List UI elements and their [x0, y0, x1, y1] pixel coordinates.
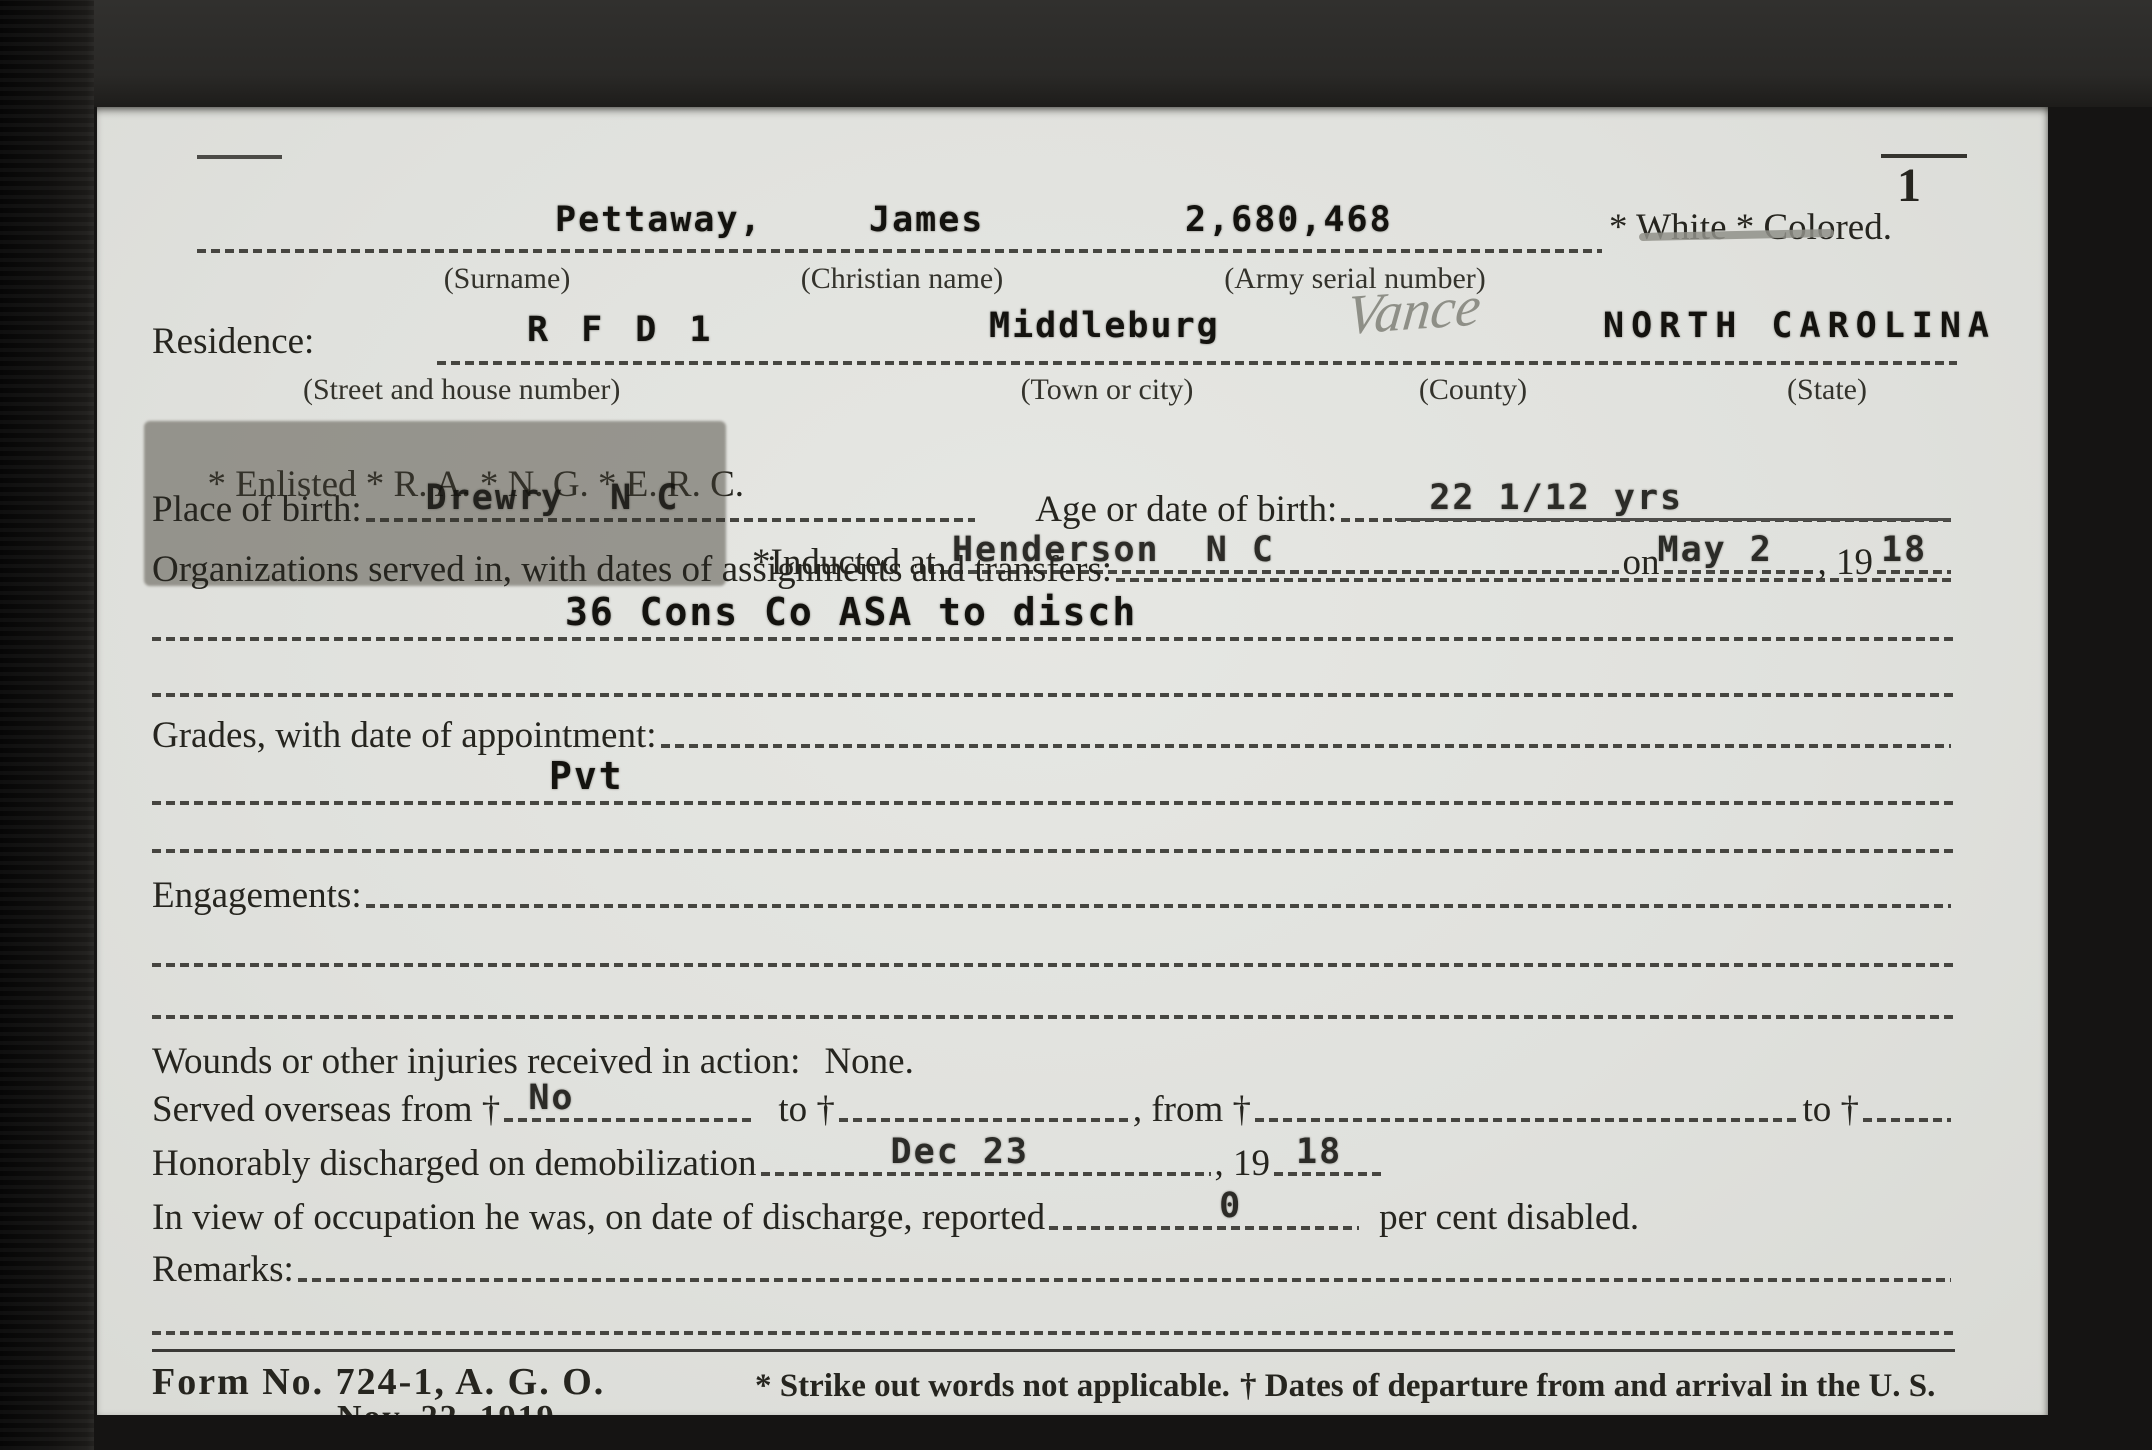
form-number: Form No. 724-1, A. G. O.	[152, 1363, 605, 1403]
occupation-label: In view of occupation he was, on date of…	[152, 1199, 1045, 1238]
form-date: Nov. 22, 1919	[337, 1400, 556, 1415]
disabled-percent-value: 0	[1219, 1189, 1242, 1224]
dotted-rule	[152, 637, 1955, 641]
surname-value: Pettaway,	[555, 203, 763, 238]
overseas-to2-label: to †	[1802, 1091, 1859, 1130]
dotted-rule	[152, 963, 1955, 967]
dotted-rule: Dec 23	[761, 1172, 1211, 1176]
dotted-rule	[1863, 1118, 1951, 1122]
footnote-strike: * Strike out words not applicable.	[755, 1369, 1230, 1404]
solid-rule	[152, 1349, 1955, 1352]
grades-label: Grades, with date of appointment:	[152, 717, 657, 756]
overseas-from2-label: , from †	[1133, 1091, 1251, 1130]
residence-street-value: R F D 1	[527, 313, 717, 348]
dotted-rule	[197, 249, 1602, 253]
footnote-dagger: † Dates of departure from and arrival in…	[1240, 1369, 1935, 1404]
overseas-label: Served overseas from †	[152, 1091, 500, 1130]
remarks-row: Remarks:	[152, 1251, 1955, 1290]
dotted-rule	[152, 1015, 1955, 1019]
service-record-card: 1 Pettaway, James 2,680,468 * White * Co…	[97, 107, 2048, 1415]
dotted-rule	[661, 744, 1951, 748]
discharge-year-value: 18	[1296, 1135, 1342, 1170]
dotted-rule: No	[504, 1118, 754, 1122]
overseas-to1-label: to †	[778, 1091, 835, 1130]
age-value: 22 1/12 yrs	[1429, 481, 1683, 516]
organizations-value: 36 Cons Co ASA to disch	[565, 593, 1137, 631]
dotted-rule	[1116, 578, 1951, 582]
remarks-label: Remarks:	[152, 1251, 294, 1290]
birth-row: Place of birth: Drewry N C Age or date o…	[152, 491, 1955, 530]
christian-name-value: James	[869, 203, 984, 238]
residence-state-value: NORTH CAROLINA	[1603, 309, 1996, 344]
occupation-suffix-label: per cent disabled.	[1379, 1199, 1639, 1238]
discharge-row: Honorably discharged on demobilization D…	[152, 1145, 1955, 1184]
dotted-rule	[1255, 1118, 1798, 1122]
surname-label: (Surname)	[395, 264, 619, 294]
serial-number-value: 2,680,468	[1185, 203, 1393, 238]
state-label: (State)	[1739, 375, 1915, 405]
place-of-birth-value: Drewry N C	[426, 481, 680, 516]
dotted-rule: Drewry N C	[366, 518, 976, 522]
dotted-rule	[152, 1331, 1955, 1335]
film-strip-left	[0, 0, 94, 1450]
race-options: * White * Colored.	[1609, 209, 1892, 248]
page-number: 1	[1897, 161, 1921, 211]
discharge-year-label: , 19	[1215, 1145, 1271, 1184]
grades-value: Pvt	[549, 757, 624, 795]
organizations-row: Organizations served in, with dates of a…	[152, 551, 1955, 590]
wounds-row: Wounds or other injuries received in act…	[152, 1043, 1955, 1082]
dotted-rule	[152, 849, 1955, 853]
scanned-record-page: { "colors": { "paper": "#e0e1dd", "print…	[0, 0, 2152, 1450]
overseas-row: Served overseas from † No to † , from † …	[152, 1091, 1955, 1130]
residence-label: Residence:	[152, 323, 314, 362]
wounds-value: None.	[824, 1043, 913, 1082]
grades-row: Grades, with date of appointment:	[152, 717, 1955, 756]
dotted-rule	[437, 361, 1957, 365]
residence-town-value: Middleburg	[989, 309, 1220, 344]
engagements-row: Engagements:	[152, 877, 1955, 916]
dotted-rule: 22 1/12 yrs	[1341, 518, 1951, 522]
race-colored-label: * Colored.	[1727, 207, 1892, 248]
engagements-label: Engagements:	[152, 877, 362, 916]
street-label: (Street and house number)	[303, 375, 619, 405]
dotted-rule	[366, 904, 1951, 908]
race-white-label: * White	[1609, 207, 1727, 248]
residence-county-handwritten: Vance	[1344, 278, 1483, 344]
wounds-label: Wounds or other injuries received in act…	[152, 1043, 800, 1082]
underline-mark	[1395, 518, 1951, 521]
dotted-rule: 0	[1049, 1226, 1359, 1230]
dotted-rule: 18	[1274, 1172, 1384, 1176]
occupation-row: In view of occupation he was, on date of…	[152, 1199, 1955, 1238]
county-label: (County)	[1385, 375, 1561, 405]
organizations-label: Organizations served in, with dates of a…	[152, 551, 1112, 590]
town-label: (Town or city)	[977, 375, 1237, 405]
film-band-top	[94, 0, 2152, 107]
page-number-overline	[1881, 154, 1967, 158]
discharge-label: Honorably discharged on demobilization	[152, 1145, 757, 1184]
dotted-rule	[298, 1278, 1951, 1282]
age-label: Age or date of birth:	[1035, 491, 1337, 530]
stray-dash-mark	[197, 155, 282, 159]
overseas-from1-value: No	[528, 1081, 574, 1116]
place-of-birth-label: Place of birth:	[152, 491, 362, 530]
dotted-rule	[839, 1118, 1129, 1122]
christian-name-label: (Christian name)	[765, 264, 1039, 294]
dotted-rule	[152, 693, 1955, 697]
discharge-date-value: Dec 23	[891, 1135, 1029, 1170]
dotted-rule	[152, 801, 1955, 805]
